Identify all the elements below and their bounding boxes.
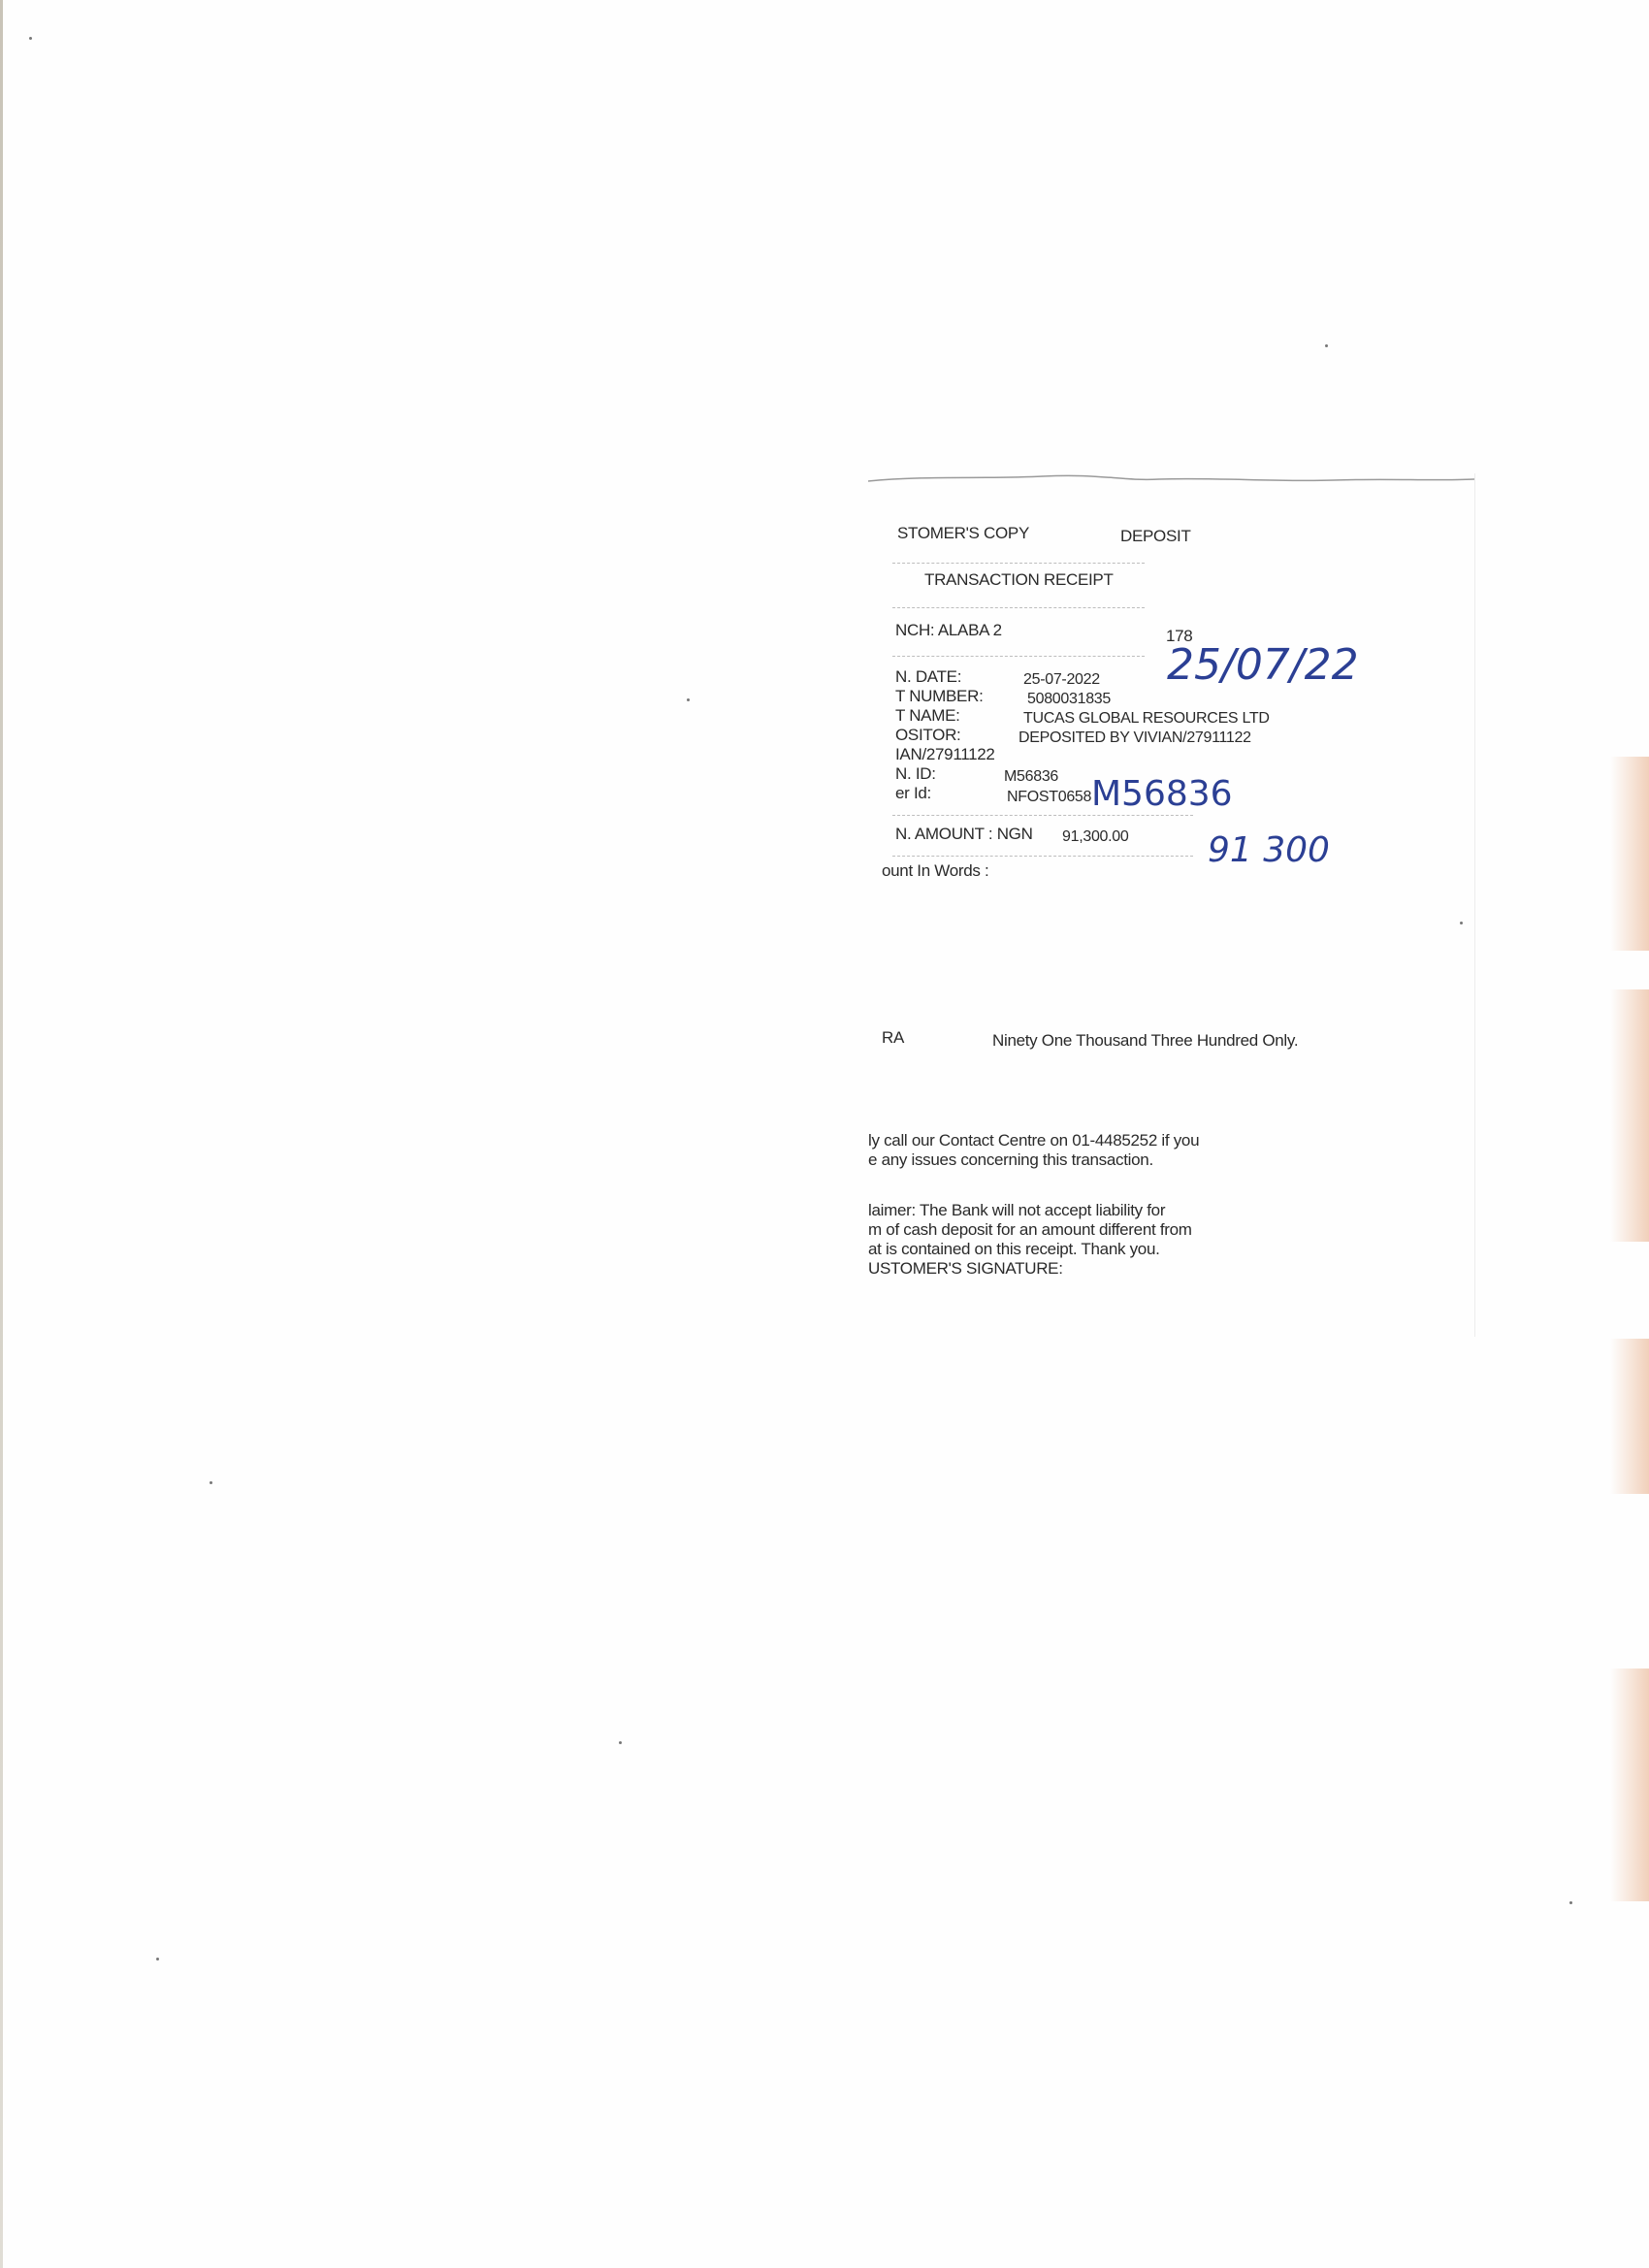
- stain: [1610, 989, 1649, 1242]
- signature-label: USTOMER'S SIGNATURE:: [868, 1259, 1063, 1279]
- handwritten-amount: 91 300: [1208, 830, 1330, 870]
- amount-label: N. AMOUNT : NGN: [895, 825, 1033, 844]
- divider: [892, 656, 1145, 657]
- field-value-account-name: TUCAS GLOBAL RESOURCES LTD: [1023, 710, 1270, 728]
- disclaimer-line: at is contained on this receipt. Thank y…: [868, 1240, 1160, 1259]
- speck: [1569, 1901, 1572, 1904]
- stain: [1610, 1669, 1649, 1901]
- speck: [619, 1741, 622, 1744]
- disclaimer-line: laimer: The Bank will not accept liabili…: [868, 1201, 1165, 1220]
- field-label: OSITOR:: [895, 726, 961, 745]
- field-label: N. DATE:: [895, 667, 961, 687]
- field-value-transaction-id: M56836: [1004, 768, 1058, 786]
- copy-label: STOMER'S COPY: [897, 524, 1029, 543]
- field-value-account-number: 5080031835: [1027, 691, 1111, 708]
- stain: [1610, 757, 1649, 951]
- speck: [687, 698, 690, 701]
- amount-value: 91,300.00: [1062, 828, 1128, 846]
- field-label: N. ID:: [895, 764, 936, 784]
- amount-words-label: ount In Words :: [882, 861, 988, 881]
- divider: [892, 563, 1145, 564]
- field-label: er Id:: [895, 784, 931, 803]
- speck: [1325, 344, 1328, 347]
- divider: [892, 815, 1193, 816]
- speck: [29, 37, 32, 40]
- receipt-title: TRANSACTION RECEIPT: [924, 570, 1114, 590]
- amount-in-words: Ninety One Thousand Three Hundred Only.: [992, 1031, 1298, 1051]
- branch: NCH: ALABA 2: [895, 621, 1002, 640]
- torn-edge: [868, 473, 1474, 493]
- disclaimer-line: m of cash deposit for an amount differen…: [868, 1220, 1192, 1240]
- contact-line: e any issues concerning this transaction…: [868, 1150, 1153, 1170]
- field-label: IAN/27911122: [895, 745, 995, 764]
- divider: [892, 607, 1145, 608]
- speck: [156, 1958, 159, 1960]
- currency-word: RA: [882, 1028, 904, 1048]
- field-label: T NUMBER:: [895, 687, 984, 706]
- field-label: T NAME:: [895, 706, 960, 726]
- field-value-date: 25-07-2022: [1023, 671, 1100, 689]
- scan-edge: [0, 0, 3, 2268]
- handwritten-id: M56836: [1091, 774, 1233, 814]
- deposit-receipt: STOMER'S COPY DEPOSIT TRANSACTION RECEIP…: [868, 473, 1475, 1337]
- divider: [892, 856, 1193, 857]
- transaction-type: DEPOSIT: [1120, 527, 1191, 546]
- field-value-depositor: DEPOSITED BY VIVIAN/27911122: [1018, 729, 1251, 747]
- field-value-teller-id: NFOST0658: [1007, 789, 1091, 806]
- stain: [1610, 1339, 1649, 1494]
- speck: [210, 1481, 212, 1484]
- contact-line: ly call our Contact Centre on 01-4485252…: [868, 1131, 1199, 1150]
- handwritten-date: 25/07/22: [1167, 640, 1359, 690]
